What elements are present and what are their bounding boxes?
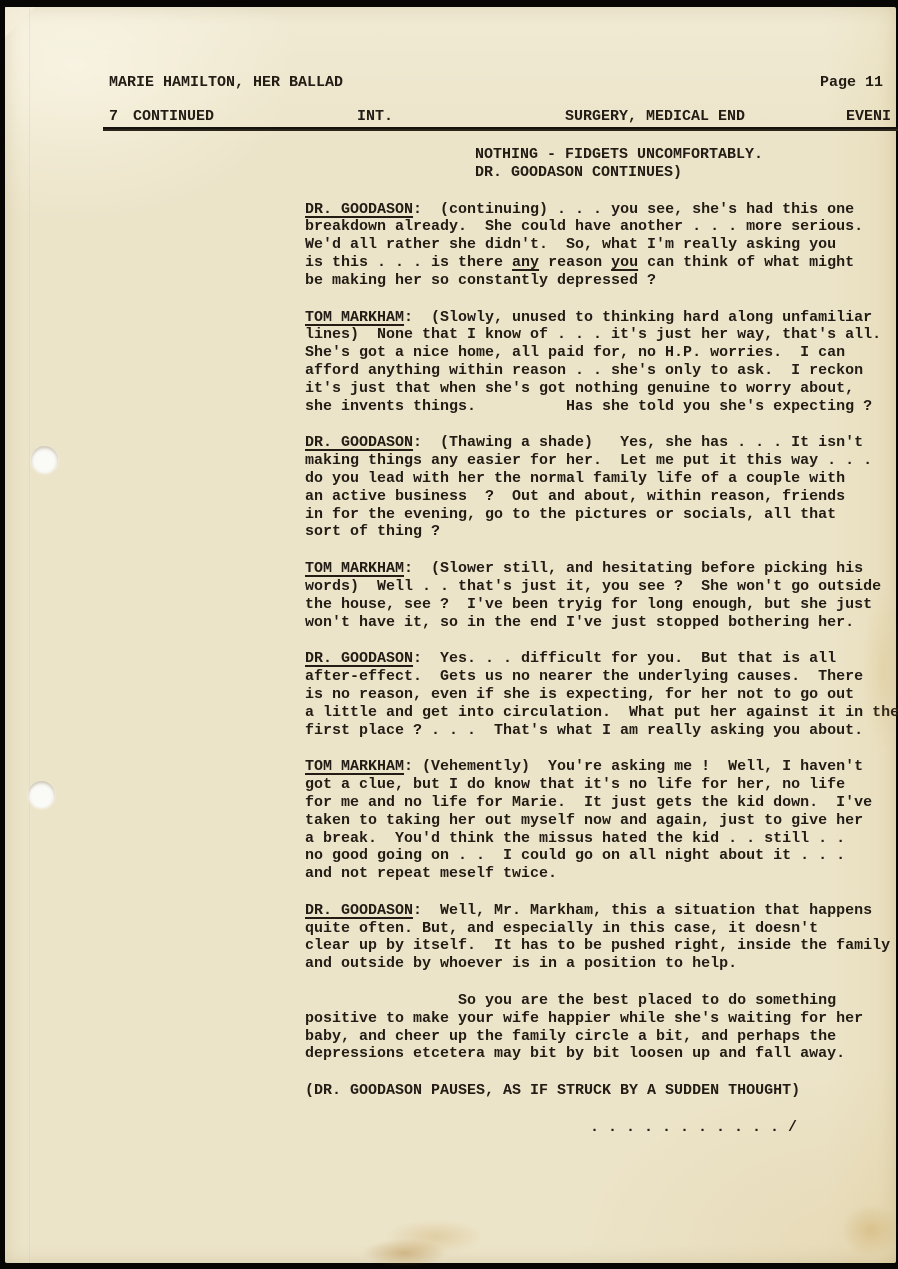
script-text: NOTHING - FIDGETS UNCOMFORTABLY. bbox=[475, 146, 763, 163]
script-text: clear up by itself. It has to be pushed … bbox=[305, 937, 890, 954]
script-text: : (Slower still, and hesitating before p… bbox=[404, 560, 863, 577]
script-line: and not repeat meself twice. bbox=[305, 865, 898, 883]
script-line: quite often. But, and especially in this… bbox=[305, 920, 898, 938]
underlined-text: DR. GOODASON bbox=[305, 201, 413, 218]
script-line: DR. GOODASON: (Thawing a shade) Yes, she… bbox=[305, 434, 898, 452]
underlined-text: TOM MARKHAM bbox=[305, 309, 404, 326]
script-text: reason bbox=[539, 254, 611, 271]
script-text: the house, see ? I've been tryig for lon… bbox=[305, 596, 872, 613]
underlined-text: TOM MARKHAM bbox=[305, 560, 404, 577]
script-line: after-effect. Gets us no nearer the unde… bbox=[305, 668, 898, 686]
script-line: making things any easier for her. Let me… bbox=[305, 452, 898, 470]
script-text: do you lead with her the normal family l… bbox=[305, 470, 845, 487]
scene-setting: INT. bbox=[357, 108, 393, 126]
script-text: So you are the best placed to do somethi… bbox=[305, 992, 836, 1009]
script-text: depressions etcetera may bit by bit loos… bbox=[305, 1045, 845, 1062]
speech-block: DR. GOODASON: (continuing) . . . you see… bbox=[305, 201, 898, 290]
script-line: for me and no life for Marie. It just ge… bbox=[305, 794, 898, 812]
script-line: is no reason, even if she is expecting, … bbox=[305, 686, 898, 704]
script-text: words) Well . . that's just it, you see … bbox=[305, 578, 881, 595]
script-line: do you lead with her the normal family l… bbox=[305, 470, 898, 488]
script-line: So you are the best placed to do somethi… bbox=[305, 992, 898, 1010]
underlined-text: DR. GOODASON bbox=[305, 902, 413, 919]
script-text: and outside by whoever is in a position … bbox=[305, 955, 737, 972]
script-text: baby, and cheer up the family circle a b… bbox=[305, 1028, 836, 1045]
cont-block: . . . . . . . . . . . / bbox=[590, 1119, 898, 1137]
script-line: TOM MARKHAM: (Slower still, and hesitati… bbox=[305, 560, 898, 578]
script-title: MARIE HAMILTON, HER BALLAD bbox=[109, 74, 343, 92]
page-number: Page 11 bbox=[820, 74, 883, 92]
script-line: won't have it, so in the end I've just s… bbox=[305, 614, 898, 632]
script-line: DR. GOODASON: Yes. . . difficult for you… bbox=[305, 650, 898, 668]
script-line: baby, and cheer up the family circle a b… bbox=[305, 1028, 898, 1046]
script-text: for me and no life for Marie. It just ge… bbox=[305, 794, 872, 811]
script-text: . . . . . . . . . . . / bbox=[590, 1119, 797, 1136]
action-block: So you are the best placed to do somethi… bbox=[305, 992, 898, 1063]
script-text: DR. GOODASON CONTINUES) bbox=[475, 164, 682, 181]
underlined-text: DR. GOODASON bbox=[305, 434, 413, 451]
script-line: a little and get into circulation. What … bbox=[305, 704, 898, 722]
script-page-photo: { "colors": { "paper": "#ece4c9", "ink":… bbox=[0, 0, 898, 1269]
script-line: positive to make your wife happier while… bbox=[305, 1010, 898, 1028]
speech-block: TOM MARKHAM: (Slower still, and hesitati… bbox=[305, 560, 898, 631]
script-line: We'd all rather she didn't. So, what I'm… bbox=[305, 236, 898, 254]
script-text: it's just that when she's got nothing ge… bbox=[305, 380, 854, 397]
script-line: DR. GOODASON: (continuing) . . . you see… bbox=[305, 201, 898, 219]
script-text: in for the evening, go to the pictures o… bbox=[305, 506, 836, 523]
script-text: : Well, Mr. Markham, this a situation th… bbox=[413, 902, 872, 919]
script-text: She's got a nice home, all paid for, no … bbox=[305, 344, 845, 361]
script-text: got a clue, but I do know that it's no l… bbox=[305, 776, 845, 793]
scene-time: EVENI bbox=[846, 108, 891, 126]
script-line: in for the evening, go to the pictures o… bbox=[305, 506, 898, 524]
script-text: : (Thawing a shade) Yes, she has . . . I… bbox=[413, 434, 863, 451]
script-text: breakdown already. She could have anothe… bbox=[305, 218, 863, 235]
scene-continued-label: CONTINUED bbox=[133, 108, 214, 126]
script-text: a little and get into circulation. What … bbox=[305, 704, 898, 721]
script-body: NOTHING - FIDGETS UNCOMFORTABLY.DR. GOOD… bbox=[0, 146, 898, 1156]
script-line: be making her so constantly depressed ? bbox=[305, 272, 898, 290]
script-line: first place ? . . . That's what I am rea… bbox=[305, 722, 898, 740]
script-text: : (Slowly, unused to thinking hard along… bbox=[404, 309, 872, 326]
note-block: (DR. GOODASON PAUSES, AS IF STRUCK BY A … bbox=[305, 1082, 898, 1100]
script-line: DR. GOODASON CONTINUES) bbox=[475, 164, 898, 182]
script-text: positive to make your wife happier while… bbox=[305, 1010, 863, 1027]
script-text: be making her so constantly depressed ? bbox=[305, 272, 656, 289]
script-text: afford anything within reason . . she's … bbox=[305, 362, 863, 379]
scene-number: 7 bbox=[109, 108, 118, 126]
script-line: DR. GOODASON: Well, Mr. Markham, this a … bbox=[305, 902, 898, 920]
script-line: is this . . . is there any reason you ca… bbox=[305, 254, 898, 272]
speech-block: TOM MARKHAM: (Vehemently) You're asking … bbox=[305, 758, 898, 883]
script-line: NOTHING - FIDGETS UNCOMFORTABLY. bbox=[475, 146, 898, 164]
script-line: it's just that when she's got nothing ge… bbox=[305, 380, 898, 398]
underlined-text: DR. GOODASON bbox=[305, 650, 413, 667]
script-line: TOM MARKHAM: (Vehemently) You're asking … bbox=[305, 758, 898, 776]
speech-block: DR. GOODASON: Yes. . . difficult for you… bbox=[305, 650, 898, 739]
script-text: is this . . . is there bbox=[305, 254, 512, 271]
script-text: no good going on . . I could go on all n… bbox=[305, 847, 845, 864]
script-line: afford anything within reason . . she's … bbox=[305, 362, 898, 380]
script-line: words) Well . . that's just it, you see … bbox=[305, 578, 898, 596]
script-line: sort of thing ? bbox=[305, 523, 898, 541]
scene-location: SURGERY, MEDICAL END bbox=[565, 108, 745, 126]
script-text: and not repeat meself twice. bbox=[305, 865, 557, 882]
script-text: : (Vehemently) You're asking me ! Well, … bbox=[404, 758, 863, 775]
speech-block: DR. GOODASON: Well, Mr. Markham, this a … bbox=[305, 902, 898, 973]
script-text: she invents things. Has she told you she… bbox=[305, 398, 872, 415]
script-text: making things any easier for her. Let me… bbox=[305, 452, 872, 469]
script-text: sort of thing ? bbox=[305, 523, 440, 540]
speech-block: TOM MARKHAM: (Slowly, unused to thinking… bbox=[305, 309, 898, 416]
script-line: and outside by whoever is in a position … bbox=[305, 955, 898, 973]
script-line: depressions etcetera may bit by bit loos… bbox=[305, 1045, 898, 1063]
script-line: no good going on . . I could go on all n… bbox=[305, 847, 898, 865]
direction-block: NOTHING - FIDGETS UNCOMFORTABLY.DR. GOOD… bbox=[475, 146, 898, 182]
script-text: : (continuing) . . . you see, she's had … bbox=[413, 201, 854, 218]
script-text: is no reason, even if she is expecting, … bbox=[305, 686, 854, 703]
script-line: an active business ? Out and about, with… bbox=[305, 488, 898, 506]
underlined-text: TOM MARKHAM bbox=[305, 758, 404, 775]
script-text: lines) None that I know of . . . it's ju… bbox=[305, 326, 881, 343]
script-line: breakdown already. She could have anothe… bbox=[305, 218, 898, 236]
script-line: taken to taking her out myself now and a… bbox=[305, 812, 898, 830]
script-line: clear up by itself. It has to be pushed … bbox=[305, 937, 898, 955]
script-text: after-effect. Gets us no nearer the unde… bbox=[305, 668, 863, 685]
underlined-text: any bbox=[512, 254, 539, 271]
speech-block: DR. GOODASON: (Thawing a shade) Yes, she… bbox=[305, 434, 898, 541]
script-line: got a clue, but I do know that it's no l… bbox=[305, 776, 898, 794]
script-text: (DR. GOODASON PAUSES, AS IF STRUCK BY A … bbox=[305, 1082, 800, 1099]
script-line: the house, see ? I've been tryig for lon… bbox=[305, 596, 898, 614]
script-line: a break. You'd think the missus hated th… bbox=[305, 830, 898, 848]
script-text: first place ? . . . That's what I am rea… bbox=[305, 722, 863, 739]
script-line: lines) None that I know of . . . it's ju… bbox=[305, 326, 898, 344]
script-text: a break. You'd think the missus hated th… bbox=[305, 830, 845, 847]
script-line: (DR. GOODASON PAUSES, AS IF STRUCK BY A … bbox=[305, 1082, 898, 1100]
script-text: an active business ? Out and about, with… bbox=[305, 488, 845, 505]
script-line: TOM MARKHAM: (Slowly, unused to thinking… bbox=[305, 309, 898, 327]
script-text: : Yes. . . difficult for you. But that i… bbox=[413, 650, 836, 667]
script-text: quite often. But, and especially in this… bbox=[305, 920, 818, 937]
script-line: she invents things. Has she told you she… bbox=[305, 398, 898, 416]
script-line: . . . . . . . . . . . / bbox=[590, 1119, 898, 1137]
scene-heading-underline bbox=[103, 127, 898, 131]
script-text: We'd all rather she didn't. So, what I'm… bbox=[305, 236, 836, 253]
underlined-text: you bbox=[611, 254, 638, 271]
script-line: She's got a nice home, all paid for, no … bbox=[305, 344, 898, 362]
script-text: taken to taking her out myself now and a… bbox=[305, 812, 863, 829]
script-text: won't have it, so in the end I've just s… bbox=[305, 614, 854, 631]
script-text: can think of what might bbox=[638, 254, 854, 271]
